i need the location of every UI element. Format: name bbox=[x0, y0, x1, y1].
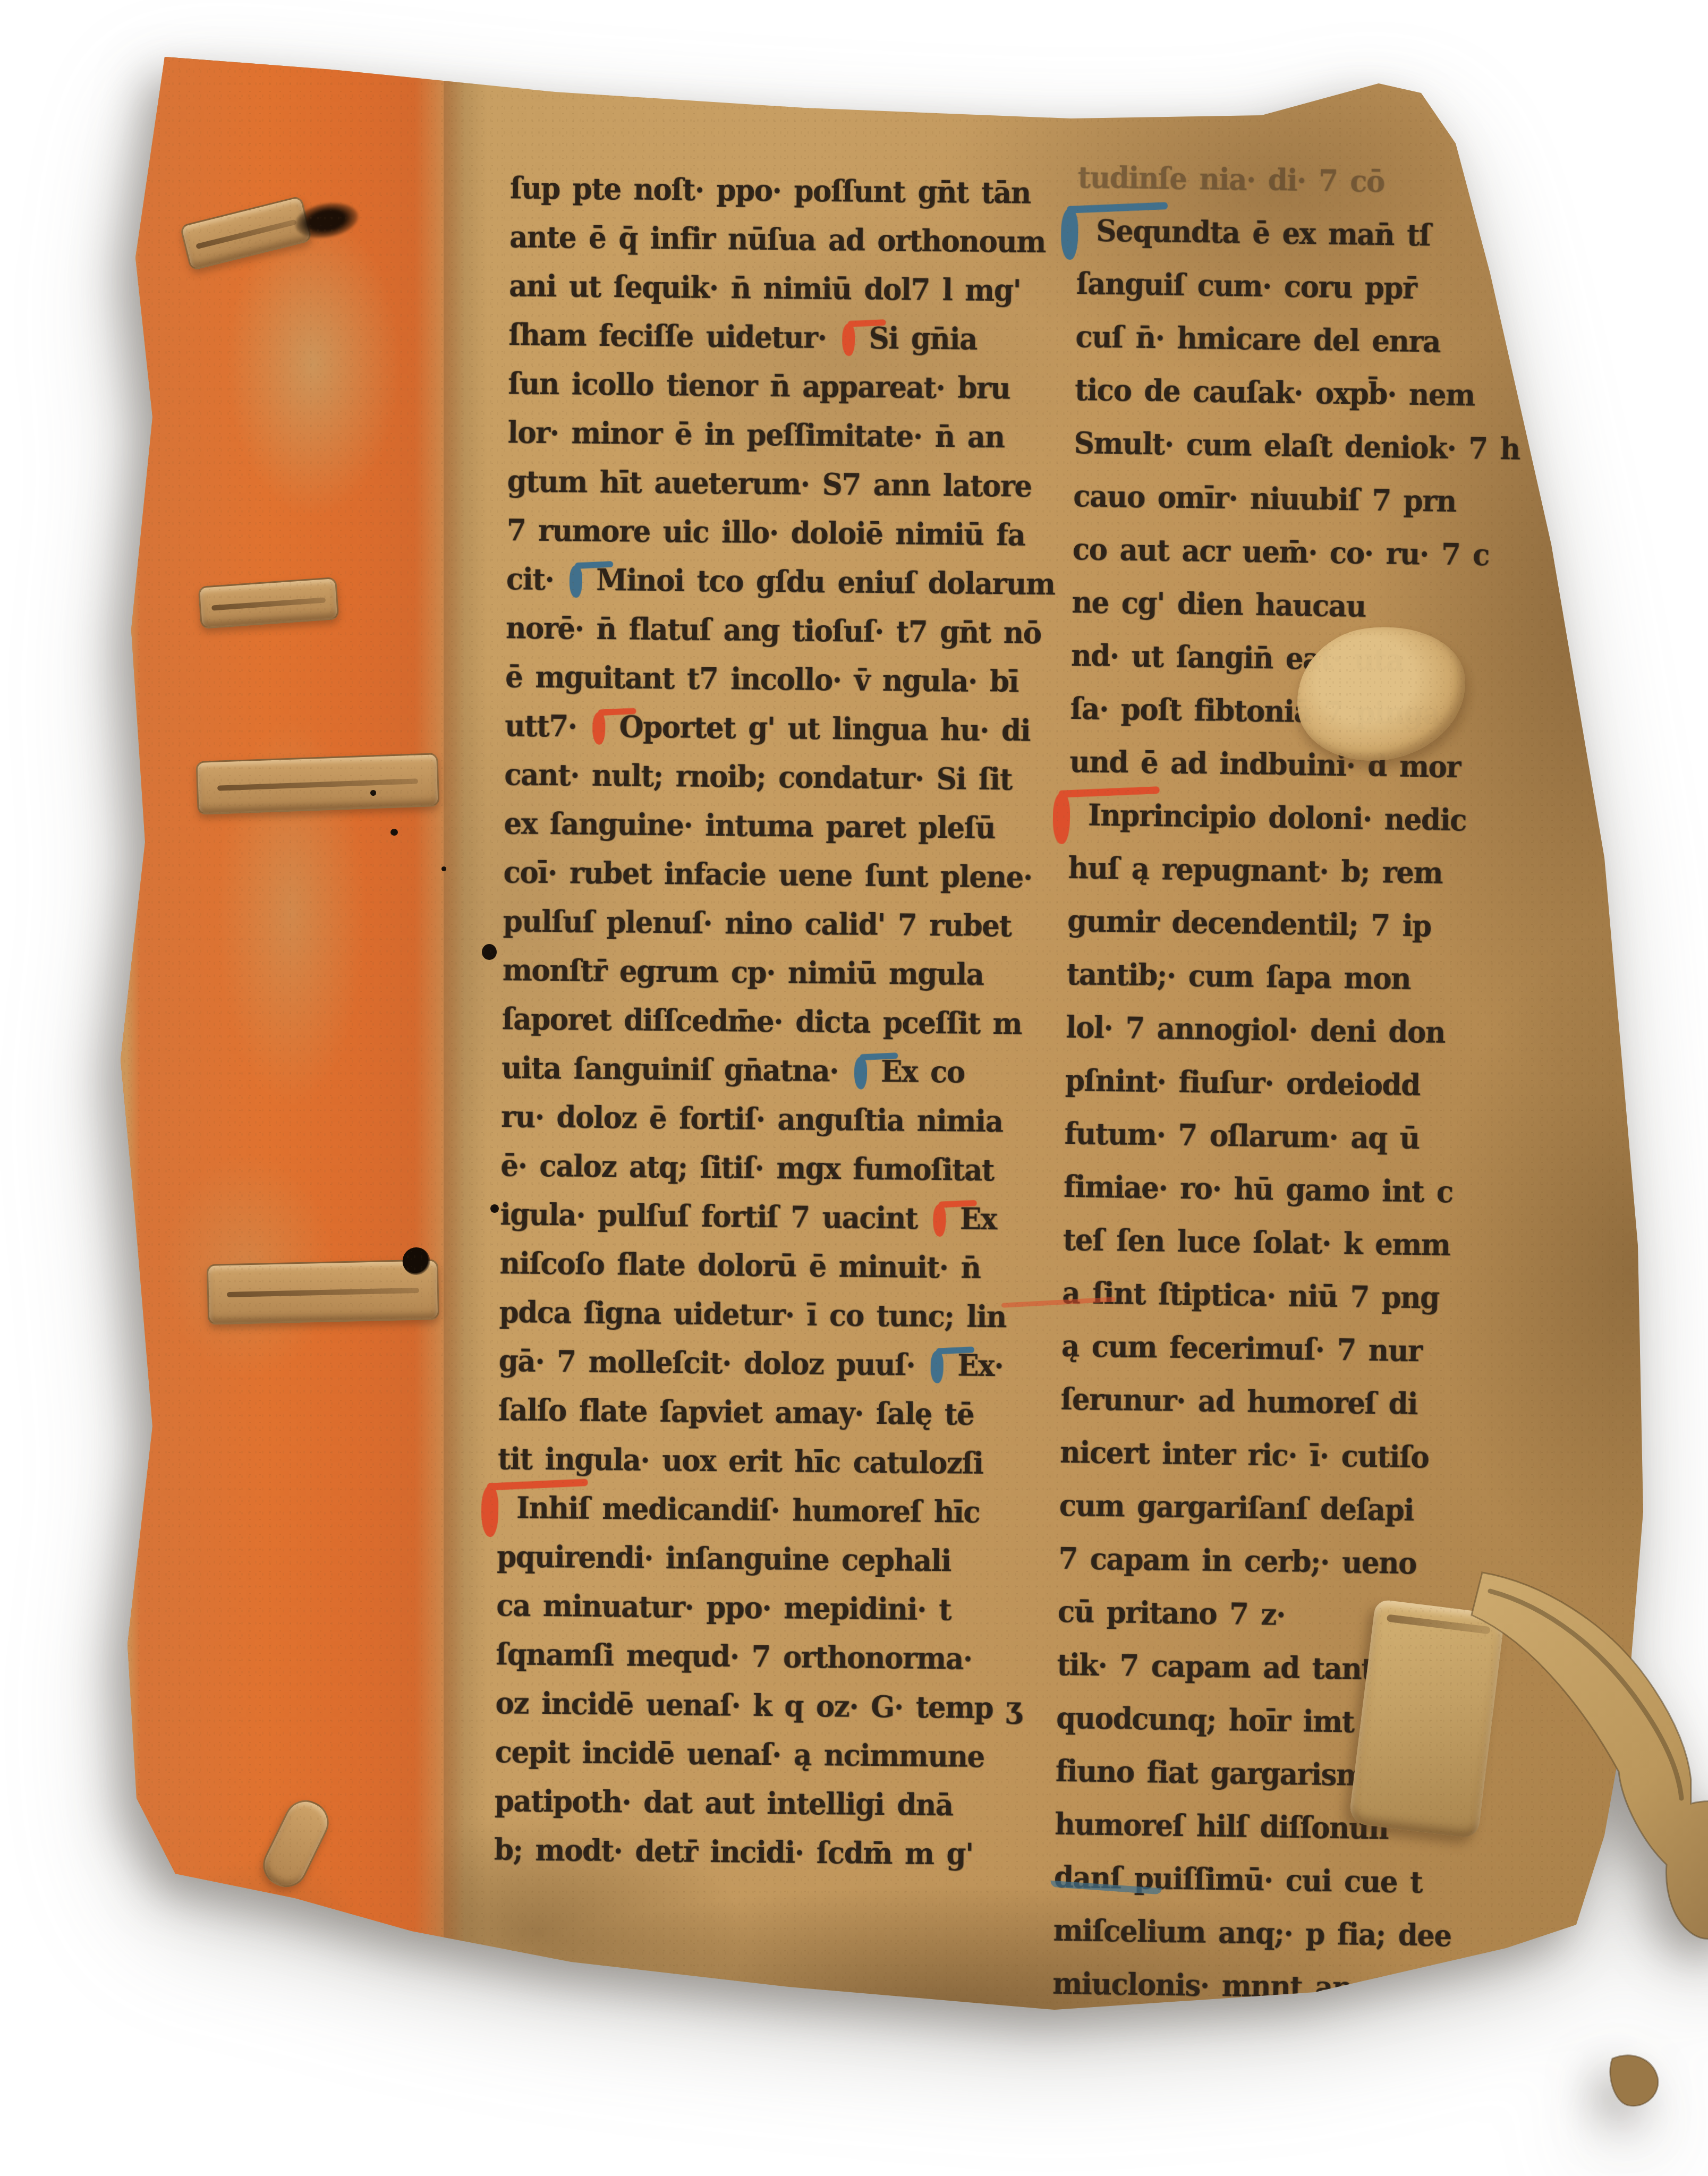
sewing-support-band bbox=[196, 753, 439, 815]
band-slit bbox=[196, 219, 296, 249]
text-line: pulſuſ plenuſ· nino calid' 7 rubet bbox=[503, 895, 1040, 952]
text-line: lor· minor ē in peſſimitate· n̄ an bbox=[507, 406, 1044, 463]
book-spine bbox=[104, 50, 465, 2011]
text-line: norē· n̄ flatuſ ang tioſuſ· t7 gn̄t nō bbox=[506, 602, 1043, 659]
text-line: ſqnamſi mequd· 7 orthonorma· bbox=[496, 1628, 1033, 1685]
text-line: patipoth· dat aut intelligi dnā bbox=[494, 1775, 1031, 1832]
wormhole bbox=[402, 1247, 430, 1275]
leather-strap bbox=[1453, 1554, 1708, 2165]
text-line: ſun icollo tienor n̄ appareat· bru bbox=[508, 358, 1045, 414]
blue-paraph-mark bbox=[570, 565, 588, 597]
wormhole bbox=[490, 1204, 499, 1213]
text-line: ſaporet diſſcedm̄e· dicta pceſſit m bbox=[502, 993, 1039, 1050]
band-slit bbox=[211, 598, 325, 611]
text-line: Inhiſ medicandiſ· humoreſ hīc bbox=[497, 1482, 1034, 1538]
text-line: ani ut ſequik· n̄ nimiū dol7 l mg' bbox=[509, 260, 1046, 317]
red-paraph-mark bbox=[1052, 792, 1077, 842]
blue-paraph-mark bbox=[854, 1057, 873, 1089]
text-line: oz incidē uenaſ· k q oz· G· temp ʒ bbox=[495, 1677, 1032, 1734]
red-paraph-mark bbox=[842, 323, 861, 355]
text-line: monſtr̄ egrum cp· nimiū mgula bbox=[502, 944, 1039, 1001]
red-paraph-mark bbox=[933, 1204, 952, 1236]
text-line: ē mguitant t7 incollo· v̄ ngula· bī bbox=[505, 651, 1042, 708]
band-slit bbox=[227, 1288, 419, 1297]
text-line: gā· 7 molleſcit· doloz puuſ· Ex· bbox=[498, 1335, 1035, 1392]
text-line: coī· rubet infacie uene ſunt plene· bbox=[503, 846, 1040, 903]
wormhole bbox=[390, 829, 398, 836]
text-line: igula· pulſuſ fortiſ 7 uacint Ex bbox=[500, 1188, 1037, 1245]
red-paraph-mark bbox=[481, 1485, 506, 1535]
wormhole bbox=[482, 944, 497, 960]
text-line: cepit incidē uenaſ· ą ncimmune bbox=[495, 1726, 1032, 1783]
text-column-left: ſup pte noſt· ppo· poſſunt gn̄t tānante… bbox=[494, 162, 1047, 1878]
red-paraph-mark bbox=[592, 712, 611, 744]
strap-band bbox=[1472, 1572, 1708, 1939]
text-line: b; modt· detr̄ incidi· ſcdm̄ m g' bbox=[494, 1824, 1031, 1881]
text-line: gtum hīt aueterum· S7 ann latore bbox=[507, 455, 1044, 512]
text-line: ē· caloz atq; ſitiſ· mgx fumoſitat bbox=[500, 1140, 1038, 1196]
text-line: ca minuatur· ppo· mepidini· t bbox=[496, 1579, 1033, 1636]
manuscript-book: ſup pte noſt· ppo· poſſunt gn̄t tānante… bbox=[104, 50, 1650, 2011]
wormhole bbox=[370, 790, 376, 796]
strap-nub bbox=[1610, 2055, 1658, 2106]
text-line: pquirendi· inſanguine cephali bbox=[497, 1531, 1034, 1587]
text-line: ſalſo flate ſapviet amay· ſalę tē bbox=[498, 1384, 1035, 1441]
text-line: 7 rumore uic illo· doloiē nimiū fa bbox=[506, 504, 1043, 561]
wormhole bbox=[441, 866, 446, 871]
text-line: ante ē q̄ infir nūſua ad orthonoum bbox=[509, 211, 1047, 268]
text-line: ru· doloz ē fortiſ· anguſtia nimia bbox=[501, 1091, 1038, 1147]
sewing-support-band bbox=[207, 1259, 439, 1325]
text-line: uita ſanguiniſ gn̄atna· Ex co bbox=[502, 1042, 1039, 1099]
text-line: pdca ſigna uidetur· ī co tunc; lin bbox=[499, 1286, 1036, 1343]
blue-paraph-mark bbox=[1061, 208, 1086, 258]
text-line: niſcoſo flate dolorū ē minuit· n̄ bbox=[499, 1237, 1036, 1294]
text-line: cant· nult; rnoib; condatur· Si ſit bbox=[504, 749, 1041, 805]
text-line: ſup pte noſt· ppo· poſſunt gn̄t tān bbox=[510, 162, 1047, 219]
band-slit bbox=[217, 778, 418, 790]
spine-crease bbox=[444, 50, 502, 2011]
blue-paraph-mark bbox=[931, 1350, 949, 1382]
text-line: ex ſanguine· intuma paret pleſū bbox=[504, 797, 1041, 854]
text-line: cit· Minoi tco gſdu eniuſ dolarum bbox=[506, 553, 1043, 610]
text-line: utt7· Oportet g' ut lingua hu· di bbox=[505, 700, 1042, 756]
photo-stage: ſup pte noſt· ppo· poſſunt gn̄t tānante… bbox=[0, 0, 1708, 2176]
book-cover: ſup pte noſt· ppo· poſſunt gn̄t tānante… bbox=[104, 50, 1650, 2011]
text-line: ſham feciſſe uidetur· Si gn̄ia bbox=[508, 309, 1046, 365]
